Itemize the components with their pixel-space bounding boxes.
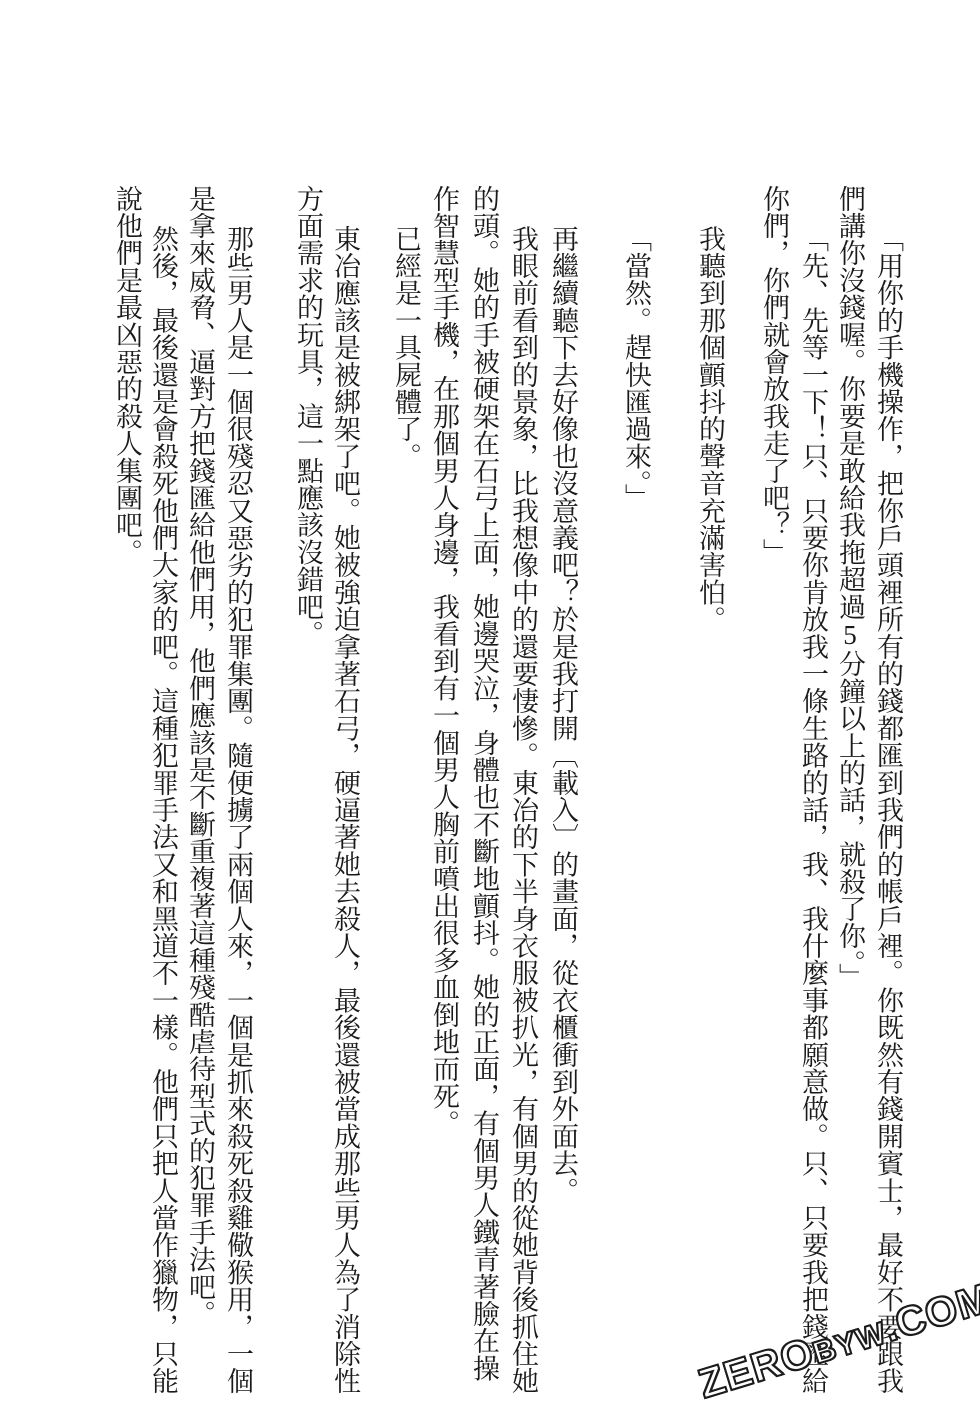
- site-watermark: ZEROBYW.COM: [693, 1274, 980, 1408]
- text-column-16: 然後，最後還是會殺死他們大家的吧。這種犯罪手法又和黑道不一樣。他們只把人當作獵物…: [149, 225, 176, 1395]
- text-column-1: 「用你的手機操作，把你戶頭裡所有的錢都匯到我們的帳戶裡。你既然有錢開賓士，最好不…: [874, 225, 901, 1395]
- text-column-3: 「先、先等一下！只、只要你肯放我一條生路的話，我、我什麼事都願意做。只、只要我把…: [799, 225, 826, 1395]
- text-column-6: 「當然。趕快匯過來。」: [622, 225, 649, 511]
- text-column-4: 你們，你們就會放我走了吧？」: [760, 185, 787, 566]
- watermark-zero: ZERO: [693, 1329, 819, 1407]
- text-column-14: 那些男人是一個很殘忍又惡劣的犯罪集團。隨便擄了兩個人來，一個是抓來殺死殺雞儆猴用…: [224, 225, 251, 1395]
- text-column-13: 方面需求的玩具，這一點應該沒錯吧。: [294, 185, 321, 647]
- book-page: 「用你的手機操作，把你戶頭裡所有的錢都匯到我們的帳戶裡。你既然有錢開賓士，最好不…: [0, 0, 980, 1423]
- text-column-2: 們講你沒錢喔。你要是敢給我拖超過5分鐘以上的話，就殺了你。」: [836, 185, 863, 991]
- text-column-15: 是拿來威脅、逼對方把錢匯給他們用，他們應該是不斷重複著這種殘酷虐待型式的犯罪手法…: [186, 185, 213, 1327]
- text-column-7: 再繼續聽下去好像也沒意義吧？於是我打開〔載入〕的畫面，從衣櫃衝到外面去。: [549, 225, 576, 1204]
- text-column-12: 東冶應該是被綁架了吧。她被強迫拿著石弓，硬逼著她去殺人，最後還被當成那些男人為了…: [331, 225, 358, 1395]
- text-column-11: 已經是一具屍體了。: [392, 225, 419, 470]
- text-column-17: 說他們是最凶惡的殺人集團吧。: [113, 185, 140, 566]
- text-column-10: 作智慧型手機，在那個男人身邊，我看到有一個男人胸前噴出很多血倒地而死。: [430, 185, 457, 1137]
- text-column-9: 的頭。她的手被硬架在石弓上面，她邊哭泣，身體也不斷地顫抖。她的正面，有個男人鐵青…: [470, 185, 497, 1382]
- text-column-5: 我聽到那個顫抖的聲音充滿害怕。: [696, 225, 723, 633]
- text-column-8: 我眼前看到的景象，比我想像中的還要悽慘。東冶的下半身衣服被扒光，有個男的從她背後…: [509, 225, 536, 1395]
